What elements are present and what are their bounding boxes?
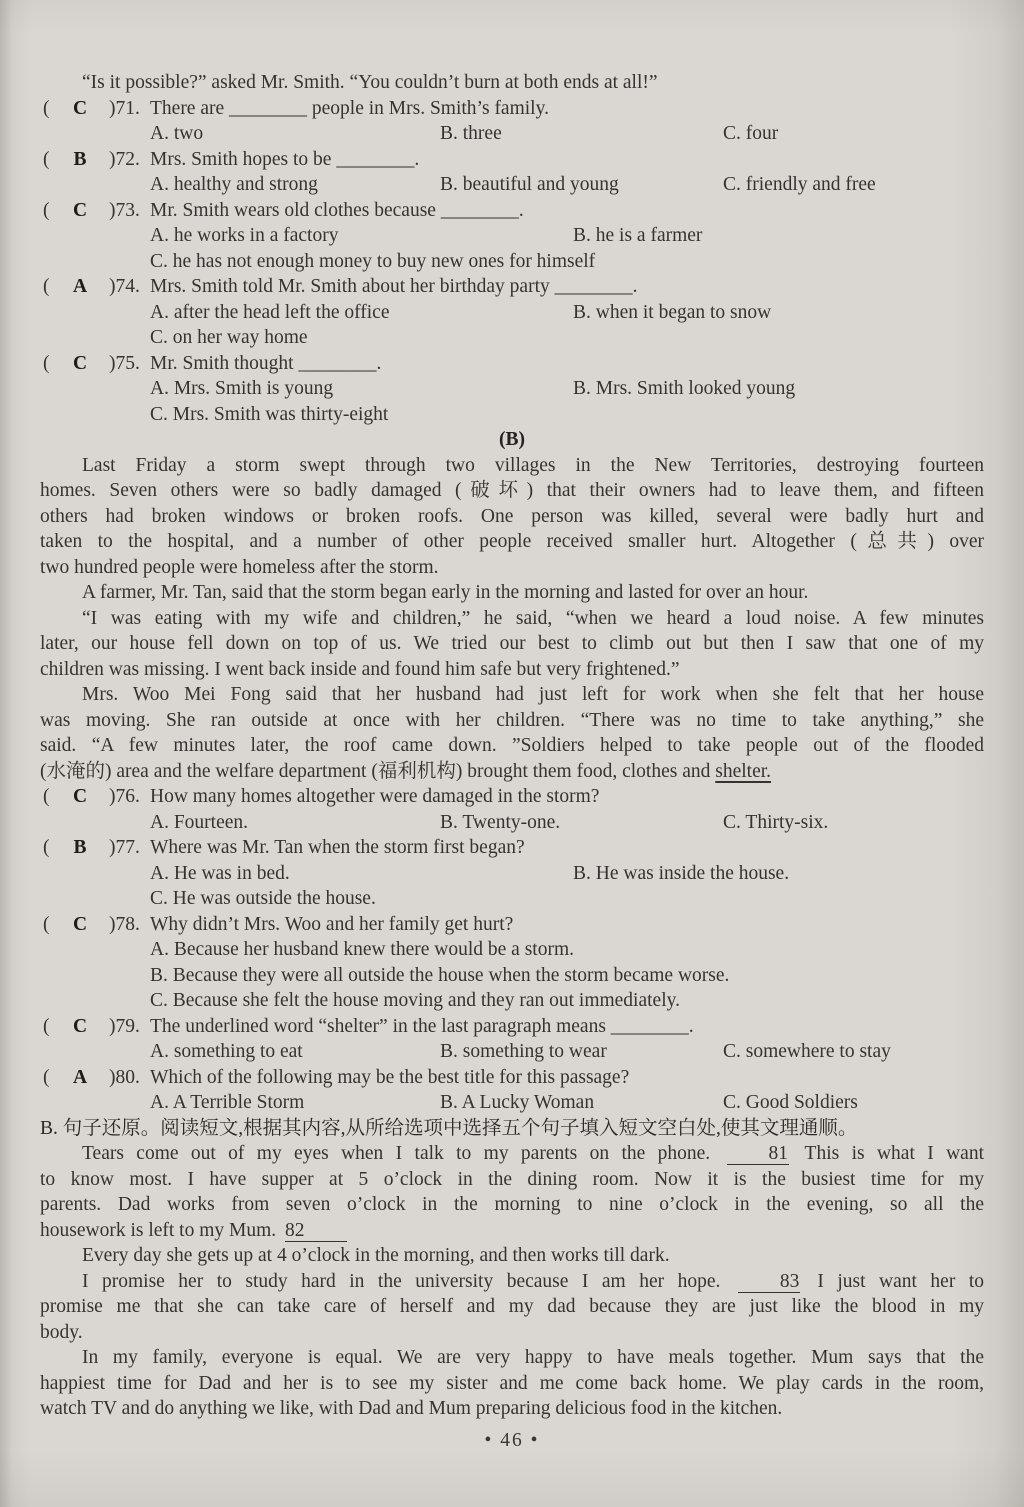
passage-b-heading: (B) (40, 427, 984, 453)
question-77: ( B )77. Where was Mr. Tan when the stor… (40, 835, 984, 861)
text-line: children was missing. I went back inside… (40, 657, 984, 683)
option-c: C. He was outside the house. (150, 886, 984, 912)
text-line: Tears come out of my eyes when I talk to… (40, 1141, 984, 1167)
paren-open: ( (40, 1065, 65, 1091)
options-row-75b: C. Mrs. Smith was thirty-eight (40, 402, 984, 428)
text-line: taken to the hospital, and a number of o… (40, 529, 984, 555)
option-a: A. something to eat (150, 1039, 440, 1065)
numbered-blank: 81 (727, 1143, 789, 1165)
question-text: How many homes altogether were damaged i… (150, 784, 984, 810)
section-b-paragraph-2: Every day she gets up at 4 o’clock in th… (40, 1243, 984, 1269)
question-78: ( C )78. Why didn’t Mrs. Woo and her fam… (40, 912, 984, 938)
paren-close-number: )72. (95, 147, 150, 173)
answer-letter: C (65, 1014, 95, 1040)
option-a: A. he works in a factory (150, 223, 573, 249)
option-a: A. healthy and strong (150, 172, 440, 198)
text-line: Last Friday a storm swept through two vi… (40, 453, 984, 479)
answer-letter: C (65, 96, 95, 122)
paren-close-number: )74. (95, 274, 150, 300)
options-row-80: A. A Terrible Storm B. A Lucky Woman C. … (40, 1090, 984, 1116)
numbered-blank: 82 (285, 1220, 347, 1242)
text-line: later, our house fell down on top of us.… (40, 631, 984, 657)
options-row-74b: C. on her way home (40, 325, 984, 351)
option-b: B. Mrs. Smith looked young (573, 376, 984, 402)
paren-open: ( (40, 835, 65, 861)
text-line: Every day she gets up at 4 o’clock in th… (40, 1243, 984, 1269)
text-line: to know most. I have supper at 5 o’clock… (40, 1167, 984, 1193)
option-c: C. four (723, 121, 984, 147)
answer-letter: C (65, 351, 95, 377)
text-line: parents. Dad works from seven o’clock in… (40, 1192, 984, 1218)
question-76: ( C )76. How many homes altogether were … (40, 784, 984, 810)
option-c: C. Good Soldiers (723, 1090, 984, 1116)
text-line: I promise her to study hard in the unive… (40, 1269, 984, 1295)
text-line: “I was eating with my wife and children,… (40, 606, 984, 632)
text-line: (水淹的) area and the welfare department (福… (40, 759, 984, 785)
paren-open: ( (40, 784, 65, 810)
option-b: B. Twenty-one. (440, 810, 723, 836)
passage-b-paragraph-2: A farmer, Mr. Tan, said that the storm b… (40, 580, 984, 606)
option-b: B. something to wear (440, 1039, 723, 1065)
options-row-79: A. something to eat B. something to wear… (40, 1039, 984, 1065)
paren-open: ( (40, 351, 65, 377)
answer-marker: ( A )74. (40, 274, 150, 300)
option-b: B. Because they were all outside the hou… (150, 963, 984, 989)
answer-marker: ( B )72. (40, 147, 150, 173)
option-b: B. He was inside the house. (573, 861, 984, 887)
option-a: A. two (150, 121, 440, 147)
option-b: B. A Lucky Woman (440, 1090, 723, 1116)
question-text: The underlined word “shelter” in the las… (150, 1014, 984, 1040)
option-b: B. three (440, 121, 723, 147)
option-c: C. friendly and free (723, 172, 984, 198)
intro-paragraph: “Is it possible?” asked Mr. Smith. “You … (40, 70, 984, 96)
text-line: said. “A few minutes later, the roof cam… (40, 733, 984, 759)
options-row-73: A. he works in a factory B. he is a farm… (40, 223, 984, 249)
option-a: A. Fourteen. (150, 810, 440, 836)
options-row-78c: C. Because she felt the house moving and… (40, 988, 984, 1014)
question-79: ( C )79. The underlined word “shelter” i… (40, 1014, 984, 1040)
paren-close-number: )78. (95, 912, 150, 938)
option-b: B. beautiful and young (440, 172, 723, 198)
answer-letter: B (65, 835, 95, 861)
answer-marker: ( B )77. (40, 835, 150, 861)
question-text: Mr. Smith thought ________. (150, 351, 984, 377)
text-line: In my family, everyone is equal. We are … (40, 1345, 984, 1371)
answer-marker: ( C )73. (40, 198, 150, 224)
paren-close-number: )76. (95, 784, 150, 810)
paren-close-number: )77. (95, 835, 150, 861)
question-71: ( C )71. There are ________ people in Mr… (40, 96, 984, 122)
question-text: There are ________ people in Mrs. Smith’… (150, 96, 984, 122)
section-b-heading: B. 句子还原。阅读短文,根据其内容,从所给选项中选择五个句子填入短文空白处,使… (40, 1116, 984, 1142)
question-text: Mr. Smith wears old clothes because ____… (150, 198, 984, 224)
paren-close-number: )75. (95, 351, 150, 377)
answer-letter: B (65, 147, 95, 173)
text-line: watch TV and do anything we like, with D… (40, 1396, 984, 1422)
options-row-73b: C. he has not enough money to buy new on… (40, 249, 984, 275)
option-a: A. Mrs. Smith is young (150, 376, 573, 402)
option-a: A. A Terrible Storm (150, 1090, 440, 1116)
paren-close-number: )80. (95, 1065, 150, 1091)
page-number: • 46 • (40, 1428, 984, 1454)
answer-letter: C (65, 198, 95, 224)
question-80: ( A )80. Which of the following may be t… (40, 1065, 984, 1091)
page-content: “Is it possible?” asked Mr. Smith. “You … (40, 70, 984, 1453)
options-row-71: A. two B. three C. four (40, 121, 984, 147)
question-text: Mrs. Smith told Mr. Smith about her birt… (150, 274, 984, 300)
paren-close-number: )79. (95, 1014, 150, 1040)
answer-marker: ( C )75. (40, 351, 150, 377)
option-c: C. Mrs. Smith was thirty-eight (150, 402, 984, 428)
options-row-78b: B. Because they were all outside the hou… (40, 963, 984, 989)
text-line: Mrs. Woo Mei Fong said that her husband … (40, 682, 984, 708)
answer-marker: ( C )71. (40, 96, 150, 122)
question-text: Where was Mr. Tan when the storm first b… (150, 835, 984, 861)
text-line: others had broken windows or broken roof… (40, 504, 984, 530)
options-row-74: A. after the head left the office B. whe… (40, 300, 984, 326)
answer-letter: A (65, 274, 95, 300)
options-row-76: A. Fourteen. B. Twenty-one. C. Thirty-si… (40, 810, 984, 836)
option-a: A. after the head left the office (150, 300, 573, 326)
numbered-blank: 83 (738, 1271, 800, 1293)
passage-b-paragraph-4: Mrs. Woo Mei Fong said that her husband … (40, 682, 984, 784)
options-row-72: A. healthy and strong B. beautiful and y… (40, 172, 984, 198)
options-row-75: A. Mrs. Smith is young B. Mrs. Smith loo… (40, 376, 984, 402)
options-row-77: A. He was in bed. B. He was inside the h… (40, 861, 984, 887)
option-c: C. somewhere to stay (723, 1039, 984, 1065)
answer-marker: ( C )79. (40, 1014, 150, 1040)
paren-open: ( (40, 274, 65, 300)
passage-b-paragraph-3: “I was eating with my wife and children,… (40, 606, 984, 683)
answer-letter: C (65, 912, 95, 938)
answer-marker: ( C )78. (40, 912, 150, 938)
question-75: ( C )75. Mr. Smith thought ________. (40, 351, 984, 377)
option-c: C. Because she felt the house moving and… (150, 988, 984, 1014)
question-text: Which of the following may be the best t… (150, 1065, 984, 1091)
section-b-paragraph-3: I promise her to study hard in the unive… (40, 1269, 984, 1346)
paren-close-number: )73. (95, 198, 150, 224)
answer-marker: ( C )76. (40, 784, 150, 810)
text-line: “Is it possible?” asked Mr. Smith. “You … (40, 70, 984, 96)
scanned-test-page: “Is it possible?” asked Mr. Smith. “You … (0, 0, 1024, 1507)
text-line: A farmer, Mr. Tan, said that the storm b… (40, 580, 984, 606)
paren-close-number: )71. (95, 96, 150, 122)
option-a: A. He was in bed. (150, 861, 573, 887)
section-b-paragraph-1: Tears come out of my eyes when I talk to… (40, 1141, 984, 1243)
question-text: Why didn’t Mrs. Woo and her family get h… (150, 912, 984, 938)
text-line: homes. Seven others were so badly damage… (40, 478, 984, 504)
option-c: C. Thirty-six. (723, 810, 984, 836)
text-line: promise me that she can take care of her… (40, 1294, 984, 1320)
paren-open: ( (40, 1014, 65, 1040)
passage-b-paragraph-1: Last Friday a storm swept through two vi… (40, 453, 984, 581)
option-b: B. he is a farmer (573, 223, 984, 249)
answer-letter: C (65, 784, 95, 810)
text-line: was moving. She ran outside at once with… (40, 708, 984, 734)
option-c: C. he has not enough money to buy new on… (150, 249, 984, 275)
options-row-77b: C. He was outside the house. (40, 886, 984, 912)
text-line: body. (40, 1320, 984, 1346)
text-line: two hundred people were homeless after t… (40, 555, 984, 581)
text-line: housework is left to my Mum. 82 (40, 1218, 984, 1244)
options-row-78a: A. Because her husband knew there would … (40, 937, 984, 963)
paren-open: ( (40, 147, 65, 173)
paren-open: ( (40, 198, 65, 224)
section-b-paragraph-4: In my family, everyone is equal. We are … (40, 1345, 984, 1422)
answer-letter: A (65, 1065, 95, 1091)
underlined-word: shelter. (715, 761, 771, 782)
option-a: A. Because her husband knew there would … (150, 937, 984, 963)
paren-open: ( (40, 912, 65, 938)
paren-open: ( (40, 96, 65, 122)
question-text: Mrs. Smith hopes to be ________. (150, 147, 984, 173)
question-73: ( C )73. Mr. Smith wears old clothes bec… (40, 198, 984, 224)
answer-marker: ( A )80. (40, 1065, 150, 1091)
text-line: happiest time for Dad and her is to see … (40, 1371, 984, 1397)
option-b: B. when it began to snow (573, 300, 984, 326)
question-74: ( A )74. Mrs. Smith told Mr. Smith about… (40, 274, 984, 300)
question-72: ( B )72. Mrs. Smith hopes to be ________… (40, 147, 984, 173)
option-c: C. on her way home (150, 325, 984, 351)
